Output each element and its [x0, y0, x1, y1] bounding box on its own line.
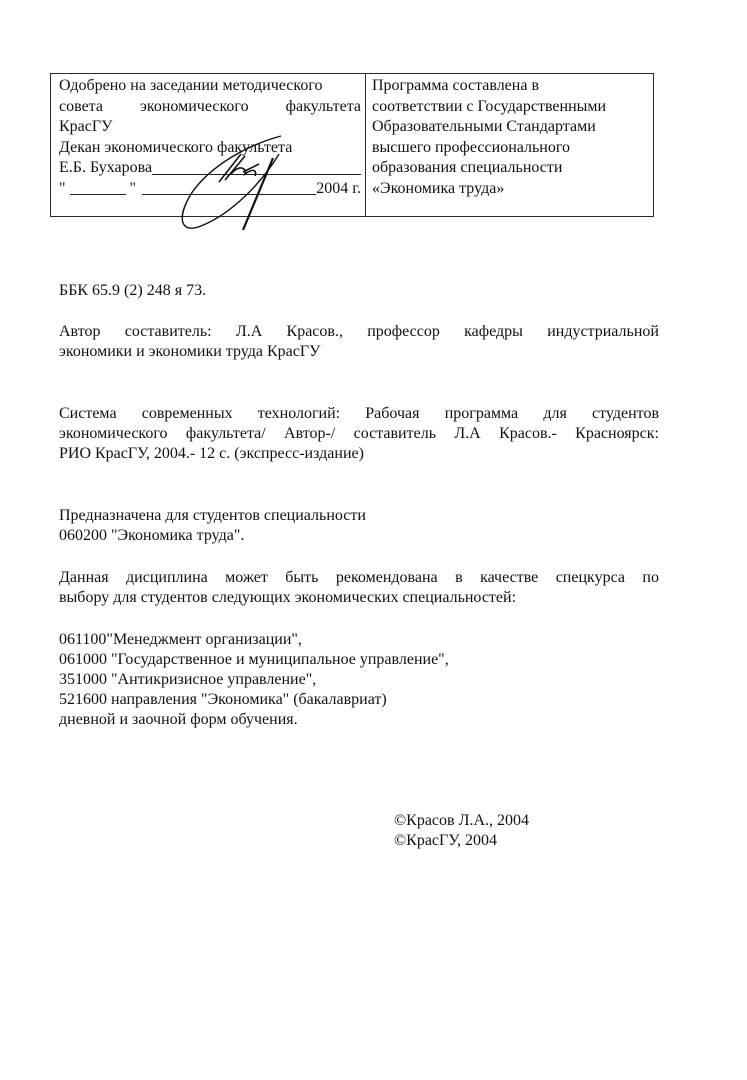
copyright-block: ©Красов Л.А., 2004 ©КрасГУ, 2004 [394, 811, 529, 851]
citation-block: Система современных технологий: Рабочая … [59, 404, 659, 464]
specialties-list: 061100"Менеджмент организации", 061000 "… [59, 630, 659, 730]
date-row: " " 2004 г. [59, 179, 361, 200]
approval-line: Одобрено на заседании методического [59, 76, 361, 97]
word: кафедры [464, 322, 523, 342]
word: технологий: [258, 404, 340, 424]
word: факультета/ [186, 424, 266, 444]
approval-cell-right: Программа составлена в соответствии с Го… [366, 74, 653, 216]
word: Красов.- [499, 424, 557, 444]
word: факультета [286, 97, 361, 118]
day-blank [70, 180, 126, 195]
word: Красов., [287, 322, 343, 342]
program-line: соответствии с Государственными [372, 97, 647, 118]
program-line: образования специальности [372, 158, 647, 179]
word: Красноярск: [575, 424, 659, 444]
word: для [543, 404, 566, 424]
word: экономического [140, 97, 249, 118]
program-line: Образовательными Стандартами [372, 117, 647, 138]
word: программа [445, 404, 518, 424]
citation-line: экономического факультета/ Автор-/ соста… [59, 424, 659, 444]
approval-year: 2004 г. [316, 179, 361, 200]
word: спецкурса [556, 568, 625, 588]
specialty-item: дневной и заочной форм обучения. [59, 710, 659, 730]
word: современных [142, 404, 233, 424]
recommendation-line: выбору для студентов следующих экономиче… [59, 588, 659, 608]
word: Автор-/ [284, 424, 335, 444]
citation-line: Система современных технологий: Рабочая … [59, 404, 659, 424]
word: рекомендована [336, 568, 438, 588]
word: экономического [59, 424, 168, 444]
word: составитель [354, 424, 436, 444]
program-line: высшего профессионального [372, 138, 647, 159]
citation-line: РИО КрасГУ, 2004.- 12 с. (экспресс-издан… [59, 444, 659, 464]
word: Автор [59, 322, 101, 342]
open-quote: " [59, 179, 66, 200]
word: совета [59, 97, 103, 118]
author-line: экономики и экономики труда КрасГУ [59, 342, 659, 362]
approval-line: КрасГУ [59, 117, 361, 138]
specialty-item: 061100"Менеджмент организации", [59, 630, 659, 650]
word: индустриальной [547, 322, 659, 342]
word: Л.А [454, 424, 480, 444]
word: в [455, 568, 463, 588]
author-line: Автор составитель: Л.А Красов., профессо… [59, 322, 659, 342]
word: Рабочая [365, 404, 419, 424]
word: по [642, 568, 659, 588]
word: составитель: [125, 322, 212, 342]
bbk-code: ББК 65.9 (2) 248 я 73. [59, 281, 659, 301]
approval-table: Одобрено на заседании методического сове… [50, 73, 654, 217]
word: Л.А [236, 322, 262, 342]
specialty-item: 521600 направления "Экономика" (бакалавр… [59, 690, 659, 710]
dean-name-row: Е.Б. Бухарова [59, 158, 361, 179]
intended-line: Предназначена для студентов специальност… [59, 506, 659, 526]
word: Система [59, 404, 117, 424]
program-line: Программа составлена в [372, 76, 647, 97]
intended-line: 060200 "Экономика труда". [59, 526, 659, 546]
approval-line-justified: совета экономического факультета [59, 97, 361, 118]
specialty-item: 351000 "Антикризисное управление", [59, 670, 659, 690]
signature-underline [152, 160, 361, 175]
author-block: Автор составитель: Л.А Красов., профессо… [59, 322, 659, 362]
program-line: «Экономика труда» [372, 179, 647, 200]
word: быть [285, 568, 318, 588]
copyright-author: ©Красов Л.А., 2004 [394, 811, 529, 831]
word: качестве [480, 568, 538, 588]
word: профессор [367, 322, 440, 342]
copyright-university: ©КрасГУ, 2004 [394, 831, 529, 851]
approval-cell-left: Одобрено на заседании методического сове… [51, 74, 366, 216]
word: дисциплина [126, 568, 208, 588]
word: может [225, 568, 268, 588]
specialty-item: 061000 "Государственное и муниципальное … [59, 650, 659, 670]
dean-name: Е.Б. Бухарова [59, 158, 152, 179]
word: студентов [592, 404, 659, 424]
recommendation-line: Данная дисциплина может быть рекомендова… [59, 568, 659, 588]
close-quote: " [130, 179, 137, 200]
approval-line: Декан экономического факультета [59, 138, 361, 159]
recommendation-block: Данная дисциплина может быть рекомендова… [59, 568, 659, 608]
word: Данная [59, 568, 109, 588]
intended-block: Предназначена для студентов специальност… [59, 506, 659, 546]
month-blank [142, 180, 316, 195]
